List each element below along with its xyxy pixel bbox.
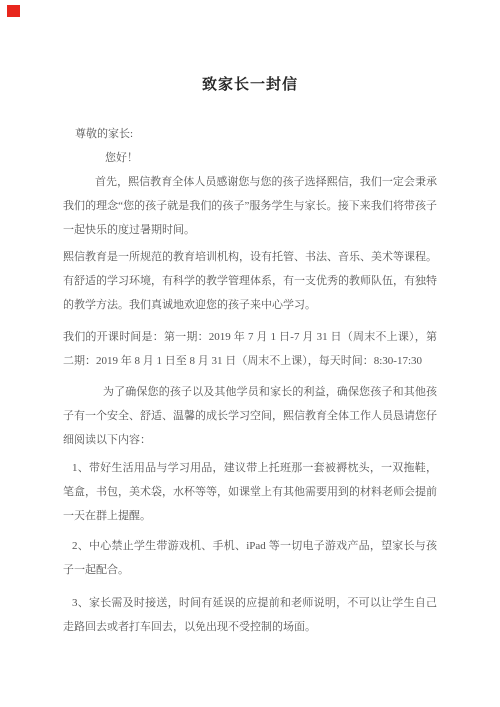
rule-item-3: 3、家长需及时接送，时间有延误的应提前和老师说明，不可以让学生自己走路回去或者打… (63, 591, 437, 639)
red-corner-badge (7, 5, 20, 17)
rule-item-1: 1、带好生活用品与学习用品，建议带上托班那一套被褥枕头，一双拖鞋，笔盒，书包，美… (63, 456, 437, 528)
intro-paragraph: 首先，熙信教育全体人员感谢您与您的孩子选择熙信，我们一定会秉承我们的理念“您的孩… (63, 170, 437, 242)
letter-body: 尊敬的家长: 您好！ 首先，熙信教育全体人员感谢您与您的孩子选择熙信，我们一定会… (63, 122, 437, 639)
rule-item-2: 2、中心禁止学生带游戏机、手机、iPad 等一切电子游戏产品，望家长与孩子一起配… (63, 534, 437, 582)
notice-intro-paragraph: 为了确保您的孩子以及其他学员和家长的利益，确保您孩子和其他孩子有一个安全、舒适、… (63, 380, 437, 452)
greeting-line: 您好！ (63, 146, 437, 170)
document-title: 致家长一封信 (0, 75, 500, 96)
document-page: 致家长一封信 尊敬的家长: 您好！ 首先，熙信教育全体人员感谢您与您的孩子选择熙… (0, 0, 500, 707)
schedule-paragraph: 我们的开课时间是：第一期：2019 年 7 月 1 日-7 月 31 日（周末不… (63, 325, 437, 373)
salutation-line: 尊敬的家长: (63, 122, 437, 146)
about-school-paragraph: 熙信教育是一所规范的教育培训机构，设有托管、书法、音乐、美术等课程。有舒适的学习… (63, 245, 437, 317)
